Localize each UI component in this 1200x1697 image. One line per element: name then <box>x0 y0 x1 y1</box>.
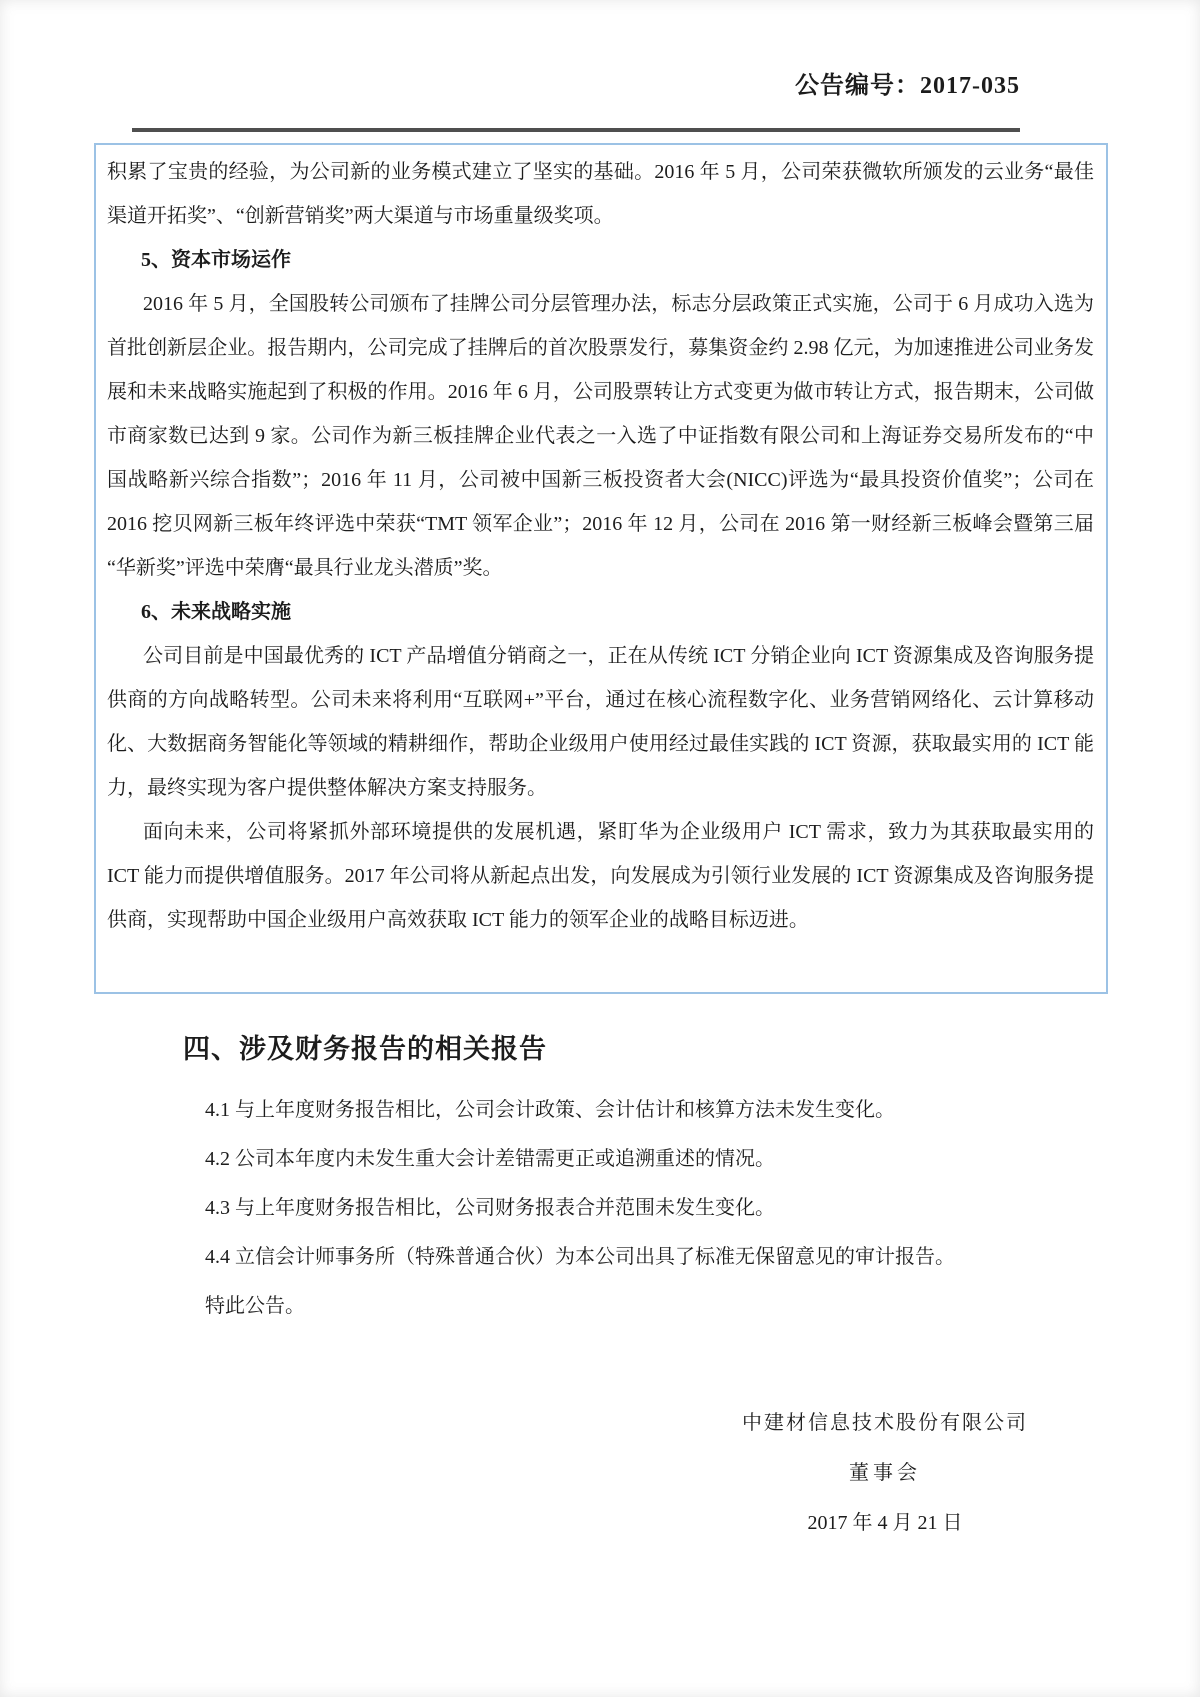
section-5-heading: 5、资本市场运作 <box>107 238 1094 282</box>
financial-item-4-1: 4.1 与上年度财务报告相比，公司会计政策、会计估计和核算方法未发生变化。 <box>205 1098 1200 1122</box>
signature-block: 中建材信息技术股份有限公司 董事会 2017 年 4 月 21 日 <box>700 1411 1070 1535</box>
announcement-number: 公告编号：2017-035 <box>0 70 1020 102</box>
announcement-date: 2017 年 4 月 21 日 <box>700 1511 1070 1535</box>
company-name: 中建材信息技术股份有限公司 <box>700 1411 1070 1435</box>
section-5-paragraph: 2016 年 5 月，全国股转公司颁布了挂牌公司分层管理办法，标志分层政策正式实… <box>107 282 1094 590</box>
financial-item-4-3: 4.3 与上年度财务报告相比，公司财务报表合并范围未发生变化。 <box>205 1196 1200 1220</box>
intro-paragraph: 积累了宝贵的经验，为公司新的业务模式建立了坚实的基础。2016 年 5 月，公司… <box>107 150 1094 238</box>
header-divider-rule <box>132 128 1020 132</box>
financial-report-items: 4.1 与上年度财务报告相比，公司会计政策、会计估计和核算方法未发生变化。 4.… <box>205 1098 1200 1269</box>
financial-item-4-4: 4.4 立信会计师事务所（特殊普通合伙）为本公司出具了标准无保留意见的审计报告。 <box>205 1245 1200 1269</box>
closing-statement: 特此公告。 <box>205 1294 1200 1318</box>
section-6-heading: 6、未来战略实施 <box>107 590 1094 634</box>
board-of-directors: 董事会 <box>700 1461 1070 1485</box>
financial-item-4-2: 4.2 公司本年度内未发生重大会计差错需更正或追溯重述的情况。 <box>205 1147 1200 1171</box>
financial-report-section-heading: 四、涉及财务报告的相关报告 <box>183 1032 1200 1066</box>
section-6-paragraph-2: 面向未来，公司将紧抓外部环境提供的发展机遇，紧盯华为企业级用户 ICT 需求，致… <box>107 810 1094 942</box>
section-6-paragraph-1: 公司目前是中国最优秀的 ICT 产品增值分销商之一，正在从传统 ICT 分销企业… <box>107 634 1094 810</box>
boxed-report-section: 积累了宝贵的经验，为公司新的业务模式建立了坚实的基础。2016 年 5 月，公司… <box>94 143 1108 994</box>
